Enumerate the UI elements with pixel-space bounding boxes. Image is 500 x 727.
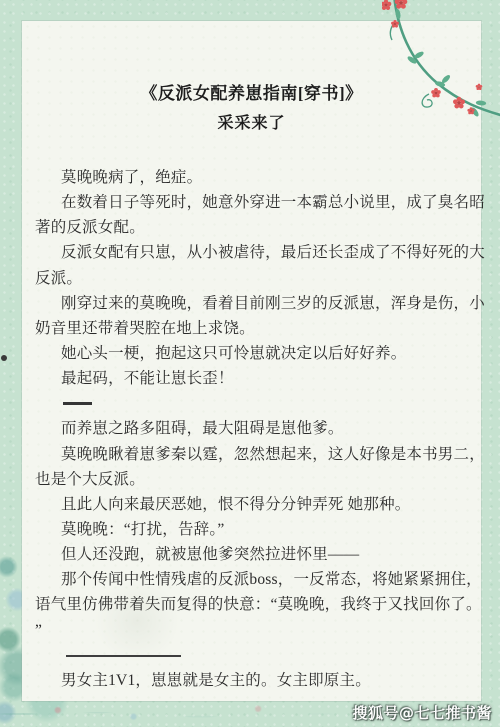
text-line: 奶音里还带着哭腔在地上求饶。 xyxy=(35,316,463,341)
text-line: 最起码，不能让崽长歪！ xyxy=(35,366,463,391)
long-rule-separator xyxy=(66,655,181,657)
text-line: 在数着日子等死时，她意外穿进一本霸总小说里，成了臭名昭 xyxy=(35,190,463,215)
text-line: 但人还没跑，就被崽他爹突然拉进怀里—— xyxy=(35,542,463,567)
text-line: 莫晚晚瞅着崽爹秦以霆，忽然想起来，这人好像是本书男二， xyxy=(35,442,463,467)
book-recommendation-card: 《反派女配养崽指南[穿书]》 采采来了 莫晚晚病了，绝症。 在数着日子等死时，她… xyxy=(0,0,500,727)
text-line: 而养崽之路多阻碍，最大阻碍是崽他爹。 xyxy=(35,416,463,441)
text-line: 她心头一梗，抱起这只可怜崽就决定以后好好养。 xyxy=(35,341,463,366)
text-line: 刚穿过来的莫晚晚，看着目前刚三岁的反派崽，浑身是伤，小 xyxy=(35,291,463,316)
flower-vine-icon xyxy=(382,0,500,125)
text-line: ” xyxy=(35,618,463,643)
text-line: 语气里仿佛带着失而复得的快意：“莫晚晚，我终于又找回你了。 xyxy=(35,592,463,617)
text-line: 莫晚晚：“打扰，告辞。” xyxy=(35,517,463,542)
short-dash-separator xyxy=(63,402,92,405)
text-line: 且此人向来最厌恶她，恨不得分分钟弄死 她那种。 xyxy=(35,492,463,517)
synopsis-text: 莫晚晚病了，绝症。 在数着日子等死时，她意外穿进一本霸总小说里，成了臭名昭 著的… xyxy=(35,165,463,693)
text-line: 男女主1V1，崽崽就是女主的。女主即原主。 xyxy=(35,668,463,693)
sohu-account-watermark: 搜狐号@七七推书酱 xyxy=(352,702,492,723)
separator-slot xyxy=(35,391,463,416)
text-line: 也是个大反派。 xyxy=(35,467,463,492)
text-line: 反派女配有只崽，从小被虐待，最后还长歪成了不得好死的大 xyxy=(35,240,463,265)
text-line: 著的反派女配。 xyxy=(35,215,463,240)
text-line: 反派。 xyxy=(35,266,463,291)
text-line: 莫晚晚病了，绝症。 xyxy=(35,165,463,190)
ink-speck xyxy=(1,355,7,361)
separator-slot xyxy=(35,643,463,668)
text-line: 那个传闻中性情残虐的反派boss，一反常态，将她紧紧拥住， xyxy=(35,567,463,592)
